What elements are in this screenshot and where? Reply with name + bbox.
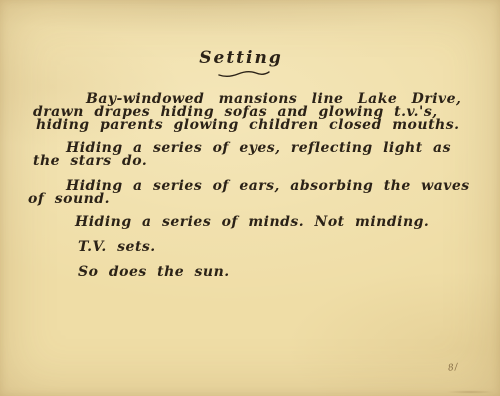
poem-title: Setting bbox=[0, 48, 482, 68]
poem-line: of sound. bbox=[28, 191, 110, 207]
poem-line: Hiding a series of minds. Not minding. bbox=[75, 214, 429, 230]
title-underline-swash bbox=[218, 70, 270, 78]
poem-line: Hiding a series of ears, absorbing the w… bbox=[66, 178, 470, 194]
scanned-poem-page: Setting Bay-windowed mansions line Lake … bbox=[0, 0, 500, 396]
pencil-corner-mark: 8/ bbox=[447, 362, 459, 373]
poem-line: hiding parents glowing children closed m… bbox=[36, 117, 459, 133]
poem-line: the stars do. bbox=[33, 153, 147, 169]
scan-smudge bbox=[440, 390, 500, 394]
poem-line: So does the sun. bbox=[78, 264, 230, 280]
poem-line: T.V. sets. bbox=[78, 239, 156, 255]
